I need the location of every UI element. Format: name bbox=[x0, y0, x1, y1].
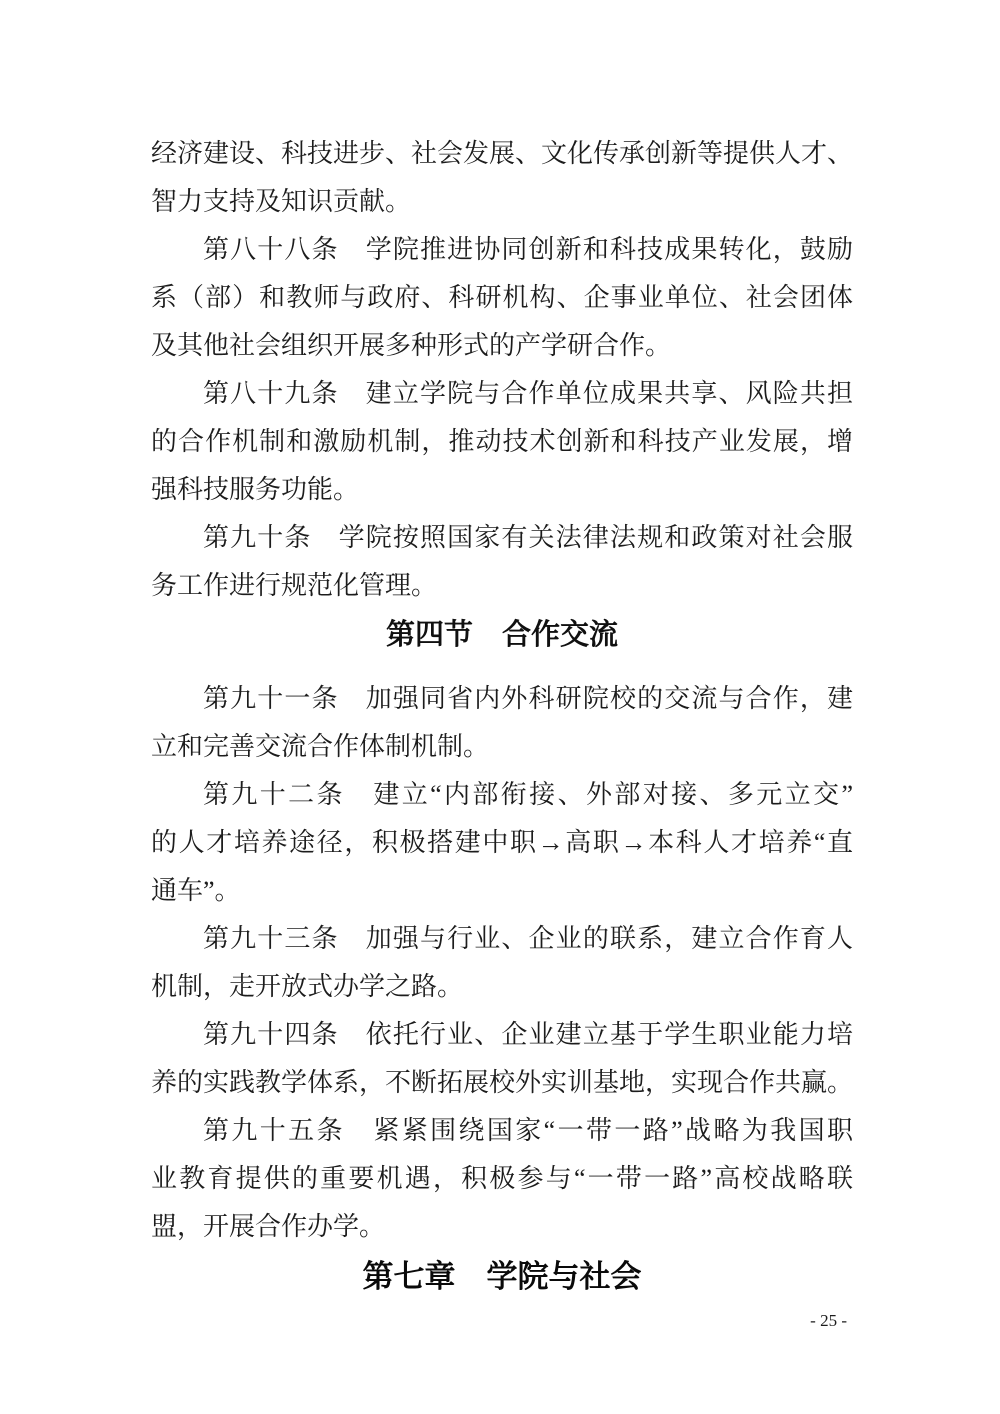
chapter-heading: 第七章 学院与社会 bbox=[151, 1253, 853, 1301]
article-94-line: 第九十四条 依托行业、企业建立基于学生职业能力培 bbox=[151, 1011, 853, 1059]
article-93-line: 第九十三条 加强与行业、企业的联系，建立合作育人 bbox=[151, 915, 853, 963]
article-88-line: 第八十八条 学院推进协同创新和科技成果转化，鼓励 bbox=[151, 226, 853, 274]
article-88-line: 系（部）和教师与政府、科研机构、企事业单位、社会团体 bbox=[151, 274, 853, 322]
body-line: 经济建设、科技进步、社会发展、文化传承创新等提供人才、 bbox=[151, 130, 853, 178]
article-89-line: 第八十九条 建立学院与合作单位成果共享、风险共担 bbox=[151, 370, 853, 418]
article-90-line: 务工作进行规范化管理。 bbox=[151, 562, 853, 610]
article-95-line: 第九十五条 紧紧围绕国家“一带一路”战略为我国职 bbox=[151, 1107, 853, 1155]
document-page: 经济建设、科技进步、社会发展、文化传承创新等提供人才、 智力支持及知识贡献。 第… bbox=[0, 0, 1000, 1414]
section-heading: 第四节 合作交流 bbox=[151, 610, 853, 660]
article-88-line: 及其他社会组织开展多种形式的产学研合作。 bbox=[151, 322, 853, 370]
article-91-line: 第九十一条 加强同省内外科研院校的交流与合作，建 bbox=[151, 675, 853, 723]
body-line: 智力支持及知识贡献。 bbox=[151, 178, 853, 226]
article-93-line: 机制，走开放式办学之路。 bbox=[151, 963, 853, 1011]
article-90-line: 第九十条 学院按照国家有关法律法规和政策对社会服 bbox=[151, 514, 853, 562]
article-94-line: 养的实践教学体系，不断拓展校外实训基地，实现合作共赢。 bbox=[151, 1059, 853, 1107]
article-89-line: 强科技服务功能。 bbox=[151, 466, 853, 514]
article-92-line: 第九十二条 建立“内部衔接、外部对接、多元立交” bbox=[151, 771, 853, 819]
page-number: - 25 - bbox=[810, 1310, 847, 1332]
article-95-line: 盟，开展合作办学。 bbox=[151, 1203, 853, 1251]
article-89-line: 的合作机制和激励机制，推动技术创新和科技产业发展，增 bbox=[151, 418, 853, 466]
article-91-line: 立和完善交流合作体制机制。 bbox=[151, 723, 853, 771]
document-body: 经济建设、科技进步、社会发展、文化传承创新等提供人才、 智力支持及知识贡献。 第… bbox=[151, 130, 853, 1301]
article-92-line: 通车”。 bbox=[151, 867, 853, 915]
article-92-line: 的人才培养途径，积极搭建中职→高职→本科人才培养“直 bbox=[151, 819, 853, 867]
article-95-line: 业教育提供的重要机遇，积极参与“一带一路”高校战略联 bbox=[151, 1155, 853, 1203]
